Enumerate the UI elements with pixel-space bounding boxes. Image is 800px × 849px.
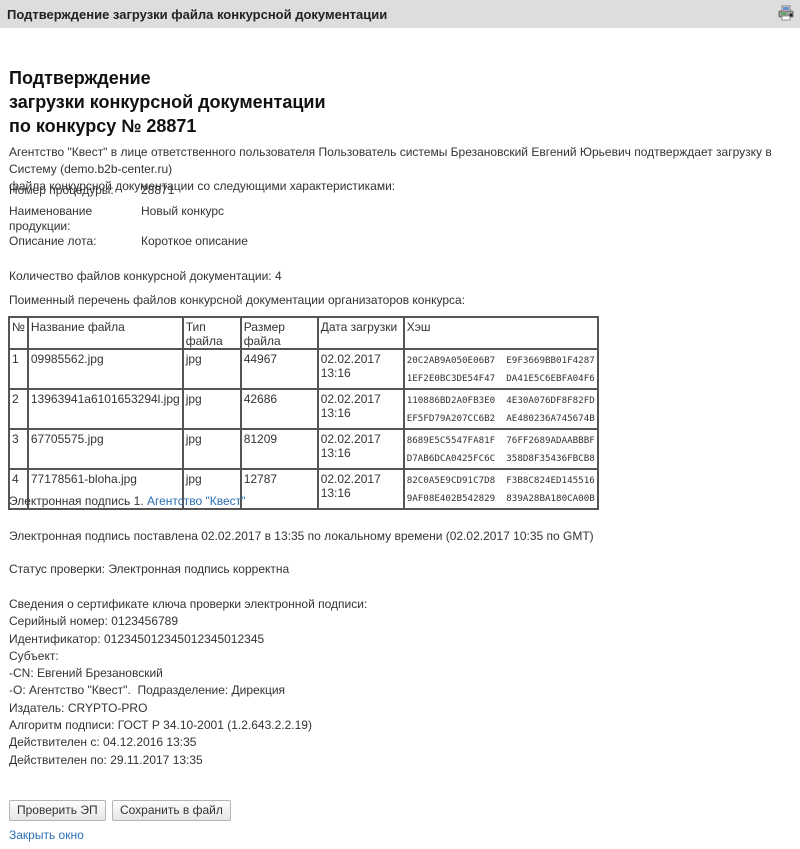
page-title-line-2: загрузки конкурсной документации: [9, 90, 326, 114]
table-row: 3 67705575.jpg jpg 81209 02.02.2017 13:1…: [9, 429, 598, 469]
hash-line-1: 20C2AB9A050E06B7 E9F3669BB01F4287: [407, 352, 595, 370]
hash-line-2: 9AF08E402B542829 839A28BA180CA00B: [407, 490, 595, 508]
header-file-name: Название файла: [28, 317, 183, 349]
action-buttons: Проверить ЭП Сохранить в файл: [9, 800, 234, 821]
files-list-caption: Поименный перечень файлов конкурсной док…: [9, 293, 465, 307]
header-number: №: [9, 317, 28, 349]
close-window-link[interactable]: Закрыть окно: [9, 828, 84, 842]
certificate-info: Сведения о сертификате ключа проверки эл…: [9, 596, 367, 769]
file-size: 12787: [241, 469, 318, 509]
hash-line-2: EF5FD79A207CC6B2 AE480236A745674B: [407, 410, 595, 428]
certificate-serial: Серийный номер: 0123456789: [9, 613, 367, 630]
hash-line-2: D7AB6DCA0425FC6C 358D8F35436FBCB8: [407, 450, 595, 468]
row-number: 2: [9, 389, 28, 429]
file-name: 67705575.jpg: [28, 429, 183, 469]
header-file-type: Тип файла: [183, 317, 241, 349]
upload-date: 02.02.2017 13:16: [318, 469, 404, 509]
row-number: 1: [9, 349, 28, 389]
file-type: jpg: [183, 429, 241, 469]
certificate-issuer: Издатель: CRYPTO-PRO: [9, 700, 367, 717]
procedure-number-label: Номер процедуры:: [9, 183, 141, 204]
table-row: 2 13963941a6101653294l.jpg jpg 42686 02.…: [9, 389, 598, 429]
page-title: Подтверждение загрузки конкурсной докуме…: [9, 66, 326, 138]
files-count: Количество файлов конкурсной документаци…: [9, 269, 282, 283]
file-hash: 110886BD2A0FB3E0 4E30A076DF8F82FD EF5FD7…: [404, 389, 598, 429]
printer-icon[interactable]: [778, 5, 794, 21]
lot-description-label: Описание лота:: [9, 234, 141, 255]
upload-date: 02.02.2017 13:16: [318, 349, 404, 389]
hash-line-1: 82C0A5E9CD91C7D8 F3B8C824ED145516: [407, 472, 595, 490]
certificate-valid-to: Действителен по: 29.11.2017 13:35: [9, 752, 367, 769]
procedure-number-value: 28871: [141, 183, 250, 204]
certificate-subject: Субъект:: [9, 648, 367, 665]
hash-line-1: 8689E5C5547FA81F 76FF2689ADAABBBF: [407, 432, 595, 450]
file-size: 81209: [241, 429, 318, 469]
signer-link[interactable]: Агентство "Квест": [147, 494, 245, 508]
window-title: Подтверждение загрузки файла конкурсной …: [7, 7, 387, 22]
window-titlebar: Подтверждение загрузки файла конкурсной …: [0, 0, 800, 28]
hash-line-1: 110886BD2A0FB3E0 4E30A076DF8F82FD: [407, 392, 595, 410]
table-row: 1 09985562.jpg jpg 44967 02.02.2017 13:1…: [9, 349, 598, 389]
file-size: 44967: [241, 349, 318, 389]
verification-status: Статус проверки: Электронная подпись кор…: [9, 562, 289, 576]
upload-date: 02.02.2017 13:16: [318, 389, 404, 429]
file-hash: 20C2AB9A050E06B7 E9F3669BB01F4287 1EF2E0…: [404, 349, 598, 389]
save-to-file-button[interactable]: Сохранить в файл: [112, 800, 231, 821]
page-title-line-1: Подтверждение: [9, 66, 326, 90]
header-hash: Хэш: [404, 317, 598, 349]
file-size: 42686: [241, 389, 318, 429]
upload-date: 02.02.2017 13:16: [318, 429, 404, 469]
procedure-row: Наименование продукции: Новый конкурс: [9, 204, 250, 234]
certificate-valid-from: Действителен с: 04.12.2016 13:35: [9, 734, 367, 751]
product-name-value: Новый конкурс: [141, 204, 250, 234]
file-name: 13963941a6101653294l.jpg: [28, 389, 183, 429]
hash-line-2: 1EF2E0BC3DE54F47 DA41E5C6EBFA04F6: [407, 370, 595, 388]
procedure-row: Описание лота: Короткое описание: [9, 234, 250, 255]
procedure-row: Номер процедуры: 28871: [9, 183, 250, 204]
file-name: 09985562.jpg: [28, 349, 183, 389]
header-file-size: Размер файла: [241, 317, 318, 349]
intro-line-1: Агентство "Квест" в лице ответственного …: [9, 144, 799, 178]
files-table: № Название файла Тип файла Размер файла …: [8, 316, 599, 510]
file-hash: 8689E5C5547FA81F 76FF2689ADAABBBF D7AB6D…: [404, 429, 598, 469]
certificate-cn: -CN: Евгений Брезановский: [9, 665, 367, 682]
certificate-identifier: Идентификатор: 012345012345012345012345: [9, 631, 367, 648]
signature-label: Электронная подпись 1.: [9, 494, 144, 508]
file-type: jpg: [183, 349, 241, 389]
procedure-info-table: Номер процедуры: 28871 Наименование прод…: [9, 183, 250, 255]
row-number: 3: [9, 429, 28, 469]
certificate-heading: Сведения о сертификате ключа проверки эл…: [9, 596, 367, 613]
verify-signature-button[interactable]: Проверить ЭП: [9, 800, 106, 821]
signature-placed: Электронная подпись поставлена 02.02.201…: [9, 529, 594, 543]
certificate-algorithm: Алгоритм подписи: ГОСТ Р 34.10-2001 (1.2…: [9, 717, 367, 734]
file-hash: 82C0A5E9CD91C7D8 F3B8C824ED145516 9AF08E…: [404, 469, 598, 509]
file-type: jpg: [183, 389, 241, 429]
lot-description-value: Короткое описание: [141, 234, 250, 255]
product-name-label: Наименование продукции:: [9, 204, 141, 234]
signature-heading: Электронная подпись 1. Агентство "Квест": [9, 494, 245, 508]
files-table-header: № Название файла Тип файла Размер файла …: [9, 317, 598, 349]
certificate-org: -O: Агентство "Квест". Подразделение: Ди…: [9, 682, 367, 699]
header-upload-date: Дата загрузки: [318, 317, 404, 349]
page-title-line-3: по конкурсу № 28871: [9, 114, 326, 138]
